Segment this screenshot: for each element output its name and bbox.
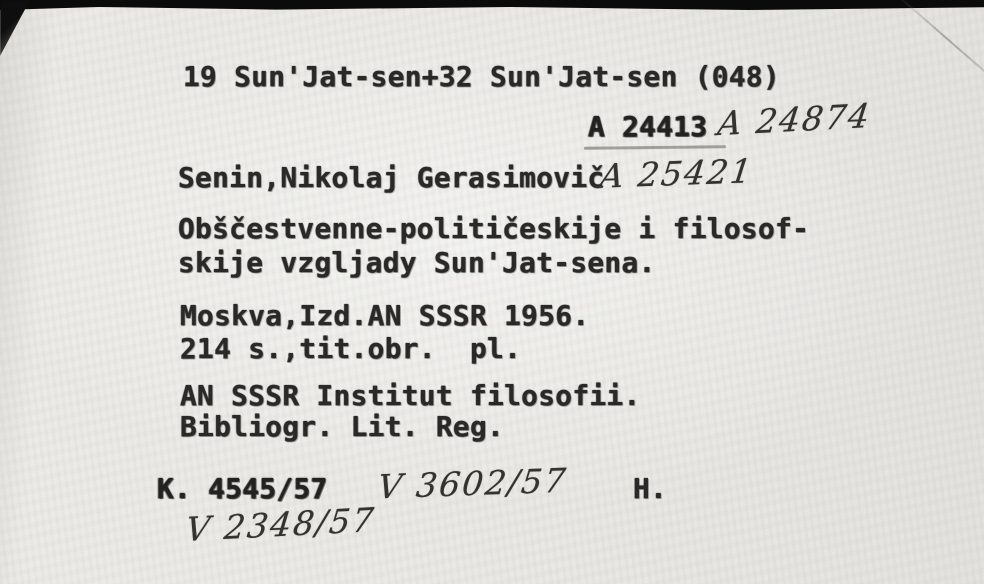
scanner-corner-shadow xyxy=(0,0,30,56)
accession-number-handwritten-mid: A 25421 xyxy=(598,151,756,196)
notes-line: Bibliogr. Lit. Reg. xyxy=(180,410,504,443)
imprint-line: Moskva,Izd.AN SSSR 1956. xyxy=(180,299,589,332)
pencil-underline xyxy=(584,145,726,149)
handwritten-number-top: V 3602/57 xyxy=(376,461,569,507)
catalog-card-scan: 19 Sun'Jat-sen+32 Sun'Jat-sen (048) A 24… xyxy=(0,0,984,584)
record-number: K. 4545/57 xyxy=(157,472,328,505)
accession-number-handwritten-right: A 24874 xyxy=(716,96,874,143)
corporate-body-line: AN SSSR Institut filosofii. xyxy=(180,379,641,412)
author-line: Senin,Nikolaj Gerasimovič xyxy=(178,161,604,194)
title-line-1: Obščestvenne-političeskije i filosof- xyxy=(178,212,809,245)
accession-number-typed: A 24413 xyxy=(588,110,707,143)
title-line-2: skije vzgljady Sun'Jat-sena. xyxy=(178,246,656,279)
paper-crease xyxy=(891,0,984,96)
scanner-edge-bar xyxy=(0,0,984,10)
heading-classmark-line: 19 Sun'Jat-sen+32 Sun'Jat-sen (048) xyxy=(183,60,780,93)
cataloguer-initial: H. xyxy=(633,472,667,505)
collation-line: 214 s.,tit.obr. pl. xyxy=(180,332,521,365)
handwritten-number-bottom: V 2348/57 xyxy=(184,500,377,549)
